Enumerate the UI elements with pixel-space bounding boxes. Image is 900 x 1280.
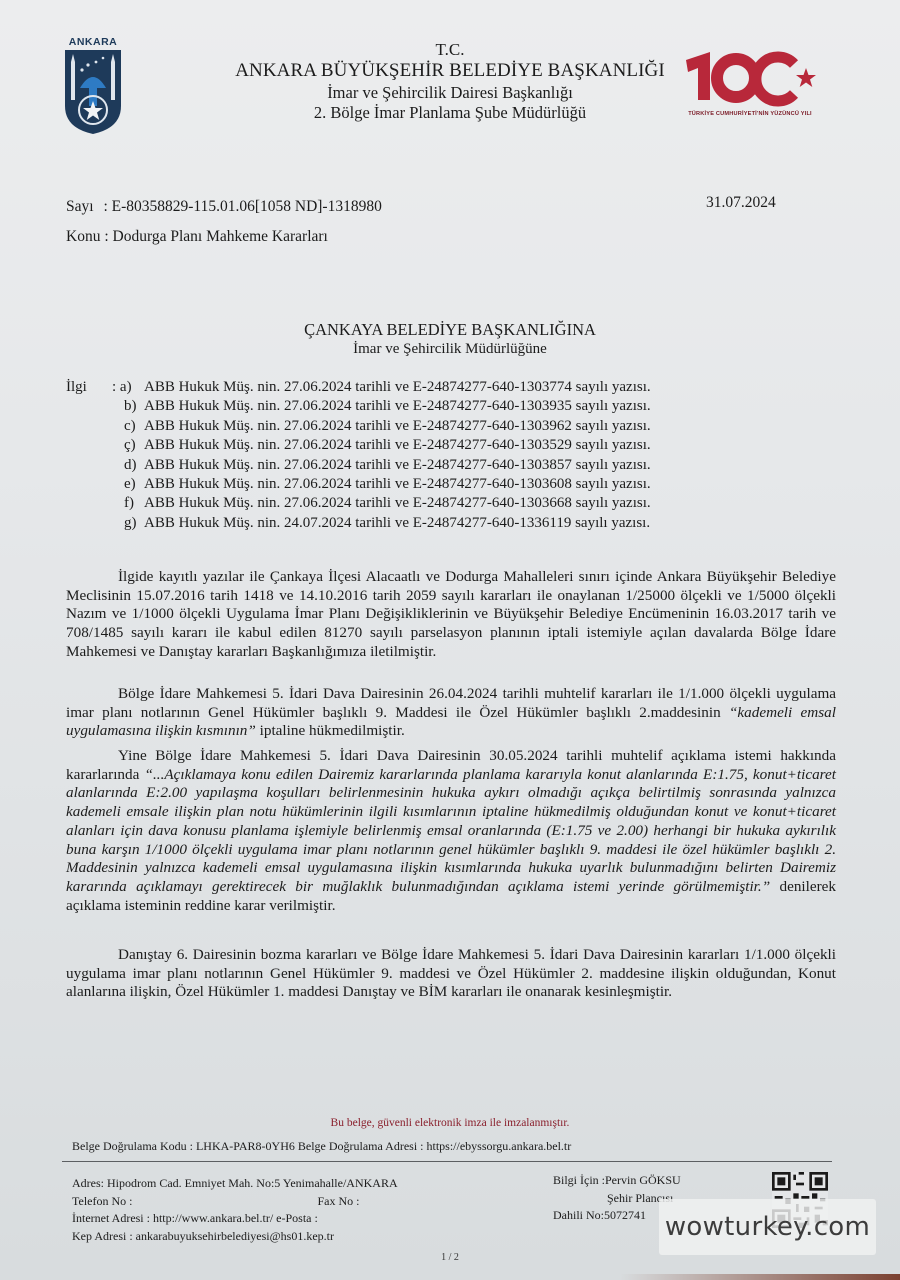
centenary-logo: TÜRKİYE CUMHURİYETİ'NİN YÜZÜNCÜ YILI — [680, 44, 820, 120]
konu-label: Konu — [66, 228, 100, 245]
watermark: wowturkey.com — [659, 1199, 876, 1255]
paragraph-1: İlgide kayıtlı yazılar ile Çankaya İlçes… — [66, 568, 836, 662]
quoted-court-decision: “...Açıklamaya konu edilen Dairemiz kara… — [66, 766, 836, 895]
reference-number: Sayı : E-80358829-115.01.06[1058 ND]-131… — [66, 198, 382, 216]
photo-edge-shadow — [620, 1274, 900, 1280]
reference-item: b) ABB Hukuk Müş. nin. 27.06.2024 tarihl… — [66, 397, 651, 416]
paragraph-4: Danıştay 6. Dairesinin bozma kararları v… — [66, 946, 836, 1002]
document-date: 31.07.2024 — [706, 194, 776, 212]
reference-item: f) ABB Hukuk Müş. nin. 27.06.2024 tarihl… — [66, 494, 651, 513]
footer-divider — [62, 1161, 832, 1162]
info-contact-name: Bilgi İçin :Pervin GÖKSU — [553, 1172, 681, 1190]
reference-item: ç) ABB Hukuk Müş. nin. 27.06.2024 tarihl… — [66, 436, 651, 455]
kep-address: Kep Adresi : ankarabuyuksehirbelediyesi@… — [72, 1228, 398, 1246]
reference-item: g) ABB Hukuk Müş. nin. 24.07.2024 tarihl… — [66, 514, 651, 533]
sayi-value: : E-80358829-115.01.06[1058 ND]-1318980 — [103, 198, 381, 215]
paragraph-2: Bölge İdare Mahkemesi 5. İdari Dava Dair… — [66, 685, 836, 741]
contact-info: Adres: Hipodrom Cad. Emniyet Mah. No:5 Y… — [72, 1175, 398, 1245]
reference-list: İlgi : a) ABB Hukuk Müş. nin. 27.06.2024… — [66, 378, 651, 533]
addressee: ÇANKAYA BELEDİYE BAŞKANLIĞINA İmar ve Şe… — [0, 320, 900, 358]
reference-item: d) ABB Hukuk Müş. nin. 27.06.2024 tarihl… — [66, 456, 651, 475]
document-page: ANKARA T.C. ANKARA BÜYÜKŞEHİR BELEDİYE B… — [0, 0, 900, 1280]
reference-item: c) ABB Hukuk Müş. nin. 27.06.2024 tarihl… — [66, 417, 651, 436]
fax: Fax No : — [317, 1193, 359, 1211]
e-signature-notice: Bu belge, güvenli elektronik imza ile im… — [0, 1117, 900, 1129]
paragraph-3: Yine Bölge İdare Mahkemesi 5. İdari Dava… — [66, 747, 836, 915]
reference-label: İlgi — [66, 378, 112, 397]
phone-fax: Telefon No :Fax No : — [72, 1193, 398, 1211]
phone: Telefon No : — [72, 1194, 132, 1208]
subject: Konu : Dodurga Planı Mahkeme Kararları — [66, 228, 328, 246]
centenary-100-crescent-star-icon — [680, 44, 820, 108]
addressee-line-2: İmar ve Şehircilik Müdürlüğüne — [0, 340, 900, 358]
reference-item: İlgi : a) ABB Hukuk Müş. nin. 27.06.2024… — [66, 378, 651, 397]
reference-item: e) ABB Hukuk Müş. nin. 27.06.2024 tarihl… — [66, 475, 651, 494]
addressee-line-1: ÇANKAYA BELEDİYE BAŞKANLIĞINA — [0, 320, 900, 340]
internet-address: İnternet Adresi : http://www.ankara.bel.… — [72, 1210, 398, 1228]
sayi-label: Sayı — [66, 198, 94, 215]
centenary-caption: TÜRKİYE CUMHURİYETİ'NİN YÜZÜNCÜ YILI — [680, 111, 820, 117]
konu-value: : Dodurga Planı Mahkeme Kararları — [104, 228, 328, 245]
verification-code: Belge Doğrulama Kodu : LHKA-PAR8-0YH6 Be… — [72, 1139, 571, 1154]
address: Adres: Hipodrom Cad. Emniyet Mah. No:5 Y… — [72, 1175, 398, 1193]
